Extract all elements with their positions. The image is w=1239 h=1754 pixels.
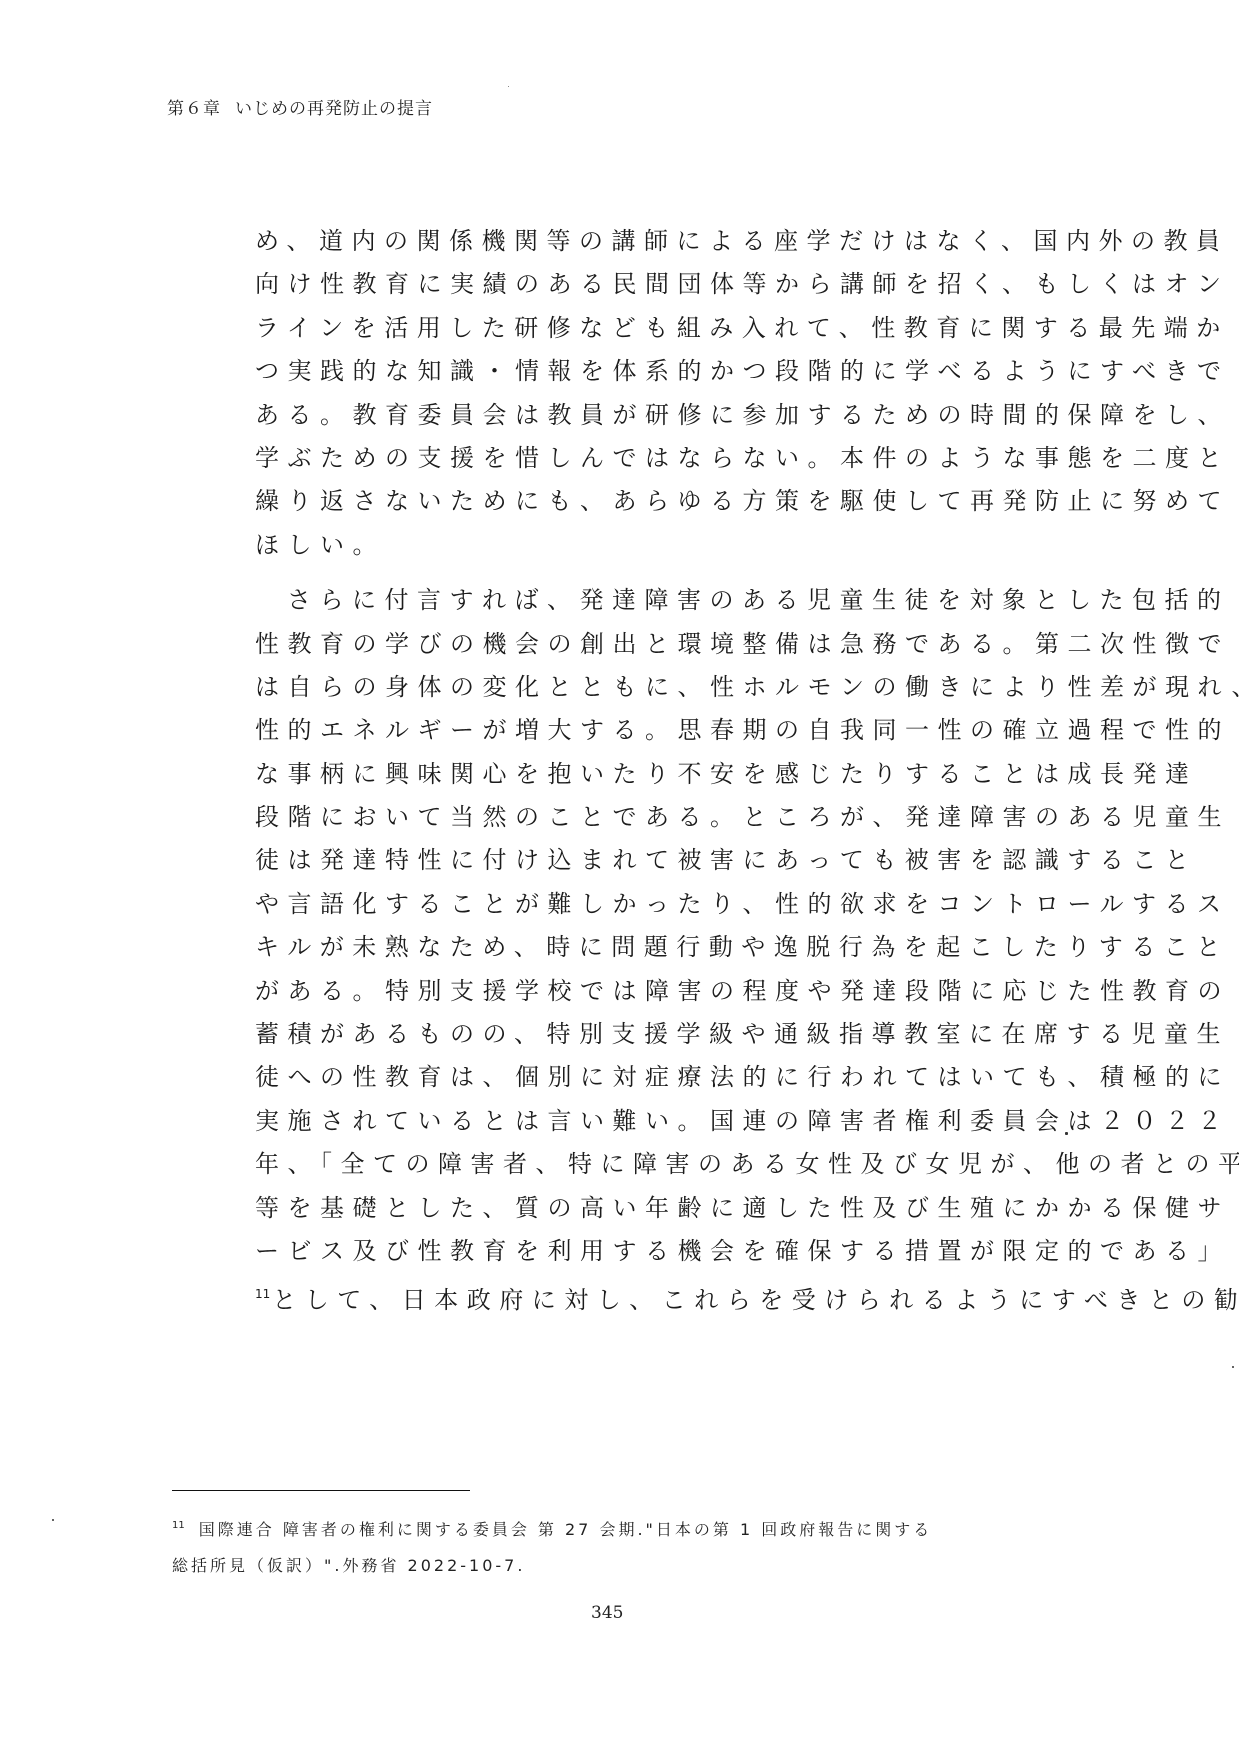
scan-artifact-dot — [1065, 1132, 1068, 1135]
text-line: 段階において当然のことである。ところが、発達障害のある児童生 — [255, 796, 1055, 839]
page-number: 345 — [591, 1603, 623, 1623]
text-line: つ実践的な知識・情報を体系的かつ段階的に学べるようにすべきで — [255, 350, 1055, 393]
text-line: 徒への性教育は、個別に対症療法的に行われてはいても、積極的に — [255, 1056, 1055, 1099]
text-line: 蓄積があるものの、特別支援学級や通級指導教室に在席する児童生 — [255, 1013, 1055, 1056]
text-line: め、道内の関係機関等の講師による座学だけはなく、国内外の教員 — [255, 220, 1055, 263]
text-line: ラインを活用した研修なども組み入れて、性教育に関する最先端か — [255, 307, 1055, 350]
text-line-with-footnote-ref: 11として、日本政府に対し、これらを受けられるようにすべきとの勧 — [255, 1273, 1055, 1316]
text-line: ある。教育委員会は教員が研修に参加するための時間的保障をし、 — [255, 394, 1055, 437]
text-line: キルが未熟なため、時に問題行動や逸脱行為を起こしたりすること — [255, 926, 1055, 969]
footnote-number: 11 — [172, 1520, 185, 1531]
text-line: 等を基礎とした、質の高い年齢に適した性及び生殖にかかる保健サ — [255, 1187, 1055, 1230]
text-line: 徒は発達特性に付け込まれて被害にあっても被害を認識すること — [255, 839, 1055, 882]
text-line: は自らの身体の変化とともに、性ホルモンの働きにより性差が現れ、 — [255, 666, 1055, 709]
text-line: さらに付言すれば、発達障害のある児童生徒を対象とした包括的 — [255, 579, 1055, 622]
footnote-11-line-2: 総括所見（仮訳）".外務省 2022-10-7. — [172, 1546, 1072, 1586]
paragraph-2: さらに付言すれば、発達障害のある児童生徒を対象とした包括的 性教育の学びの機会の… — [255, 579, 1055, 1317]
footnote-reference[interactable]: 11 — [255, 1287, 270, 1301]
chapter-number: 第６章 — [167, 99, 221, 119]
text-line: ービス及び性教育を利用する機会を確保する措置が限定的である」 — [255, 1230, 1055, 1273]
running-header: 第６章いじめの再発防止の提言 — [167, 94, 433, 119]
text-line: がある。特別支援学校では障害の程度や発達段階に応じた性教育の — [255, 970, 1055, 1013]
text-line: 向け性教育に実績のある民間団体等から講師を招く、もしくはオン — [255, 263, 1055, 306]
scan-artifact-dot — [1232, 1366, 1234, 1368]
text-line: な事柄に興味関心を抱いたり不安を感じたりすることは成長発達 — [255, 753, 1055, 796]
text-line: 性的エネルギーが増大する。思春期の自我同一性の確立過程で性的 — [255, 709, 1055, 752]
text-line: 性教育の学びの機会の創出と環境整備は急務である。第二次性徴で — [255, 623, 1055, 666]
footnotes: 11国際連合 障害者の権利に関する委員会 第 27 会期."日本の第 1 回政府… — [172, 1506, 1072, 1586]
scan-artifact-dot — [508, 86, 509, 87]
footnote-separator — [172, 1490, 470, 1491]
text-line: や言語化することが難しかったり、性的欲求をコントロールするス — [255, 883, 1055, 926]
text-line: 年、「全ての障害者、特に障害のある女性及び女児が、他の者との平 — [255, 1143, 1055, 1186]
footnote-text: 国際連合 障害者の権利に関する委員会 第 27 会期."日本の第 1 回政府報告… — [199, 1520, 933, 1539]
text-line: 繰り返さないためにも、あらゆる方策を駆使して再発防止に努めて — [255, 480, 1055, 523]
text-line: 実施されているとは言い難い。国連の障害者権利委員会は２０２２ — [255, 1100, 1055, 1143]
paragraph-1: め、道内の関係機関等の講師による座学だけはなく、国内外の教員 向け性教育に実績の… — [255, 220, 1055, 567]
footnote-11-line-1: 11国際連合 障害者の権利に関する委員会 第 27 会期."日本の第 1 回政府… — [172, 1506, 1072, 1546]
text-line: 学ぶための支援を惜しんではならない。本件のような事態を二度と — [255, 437, 1055, 480]
chapter-title: いじめの再発防止の提言 — [235, 99, 433, 119]
body-text: め、道内の関係機関等の講師による座学だけはなく、国内外の教員 向け性教育に実績の… — [255, 220, 1055, 1317]
text-line: ほしい。 — [255, 524, 1055, 567]
scan-artifact-dot — [52, 1519, 54, 1521]
text-line-content: として、日本政府に対し、これらを受けられるようにすべきとの勧 — [272, 1286, 1239, 1314]
